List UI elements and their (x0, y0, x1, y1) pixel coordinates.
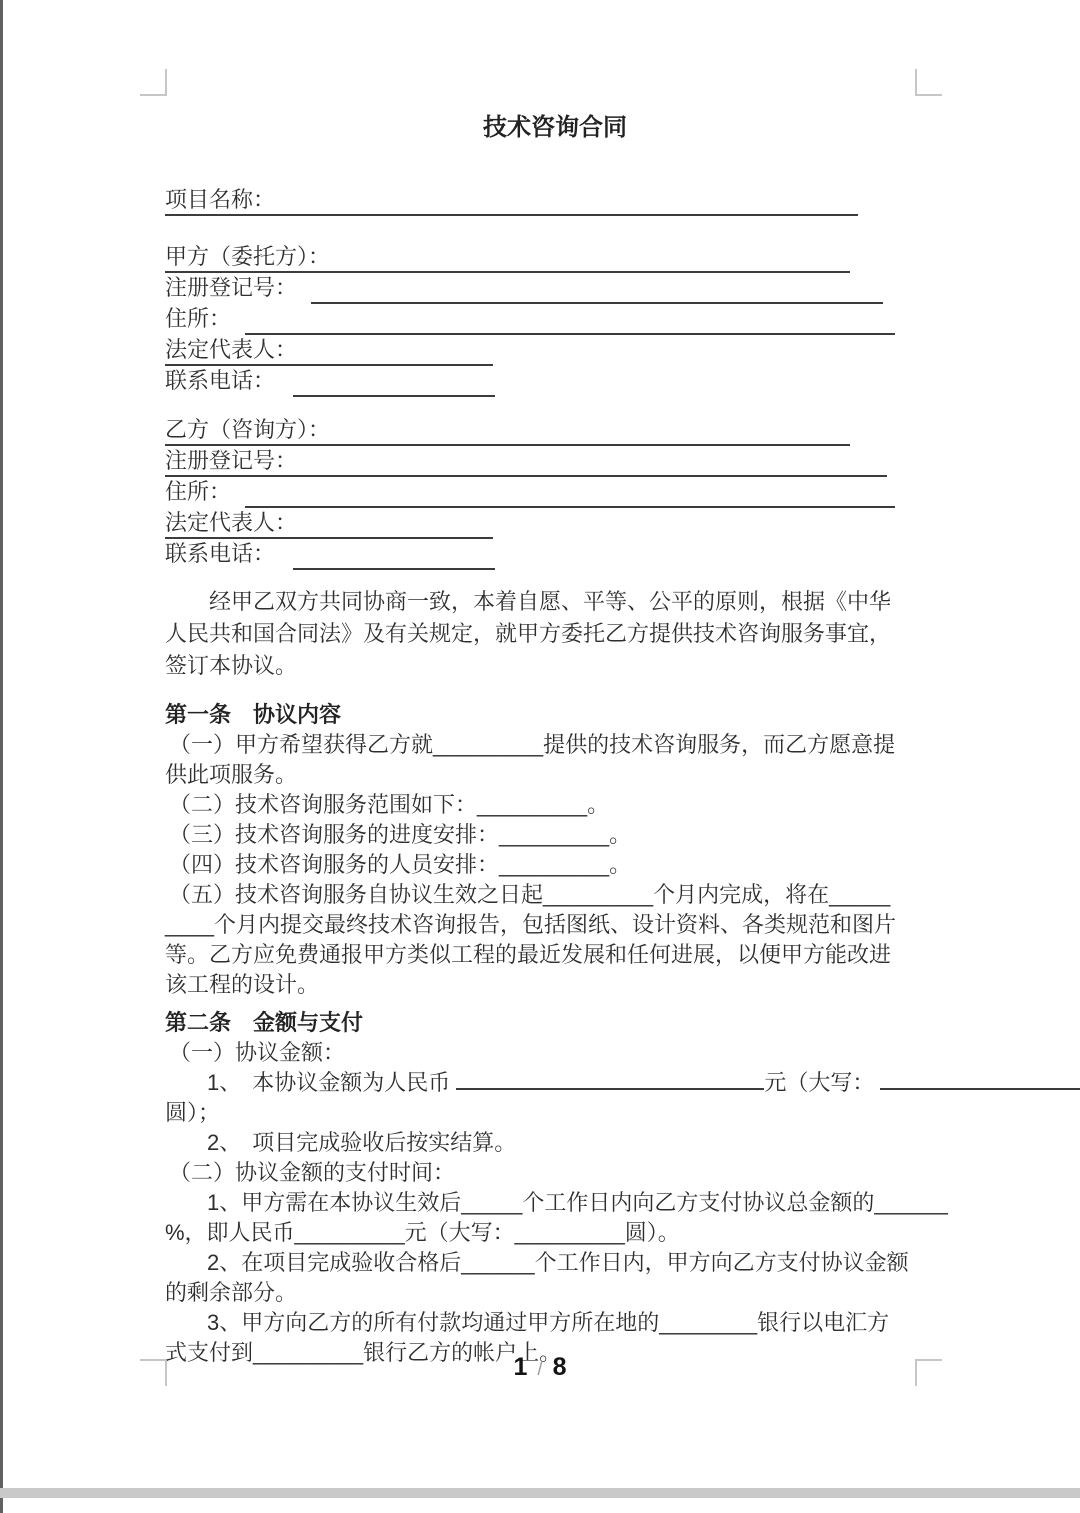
document-viewer-page[interactable]: { "colors": { "text": "#2e2e2e", "underl… (0, 0, 1080, 1513)
blank-underline (297, 336, 493, 366)
field-label: 法定代表人： (165, 336, 297, 366)
text-line: ____个月内提交最终技术咨询报告，包括图纸、设计资料、各类规范和图片 (165, 910, 945, 940)
blank-underline (456, 1072, 764, 1090)
blank-underline (245, 305, 895, 335)
bottom-gray-bar (0, 1488, 1080, 1498)
text-line: 人民共和国合同法》及有关规定，就甲方委托乙方提供技术咨询服务事宜， (165, 618, 945, 650)
text-segment: 元（大写： (764, 1070, 880, 1095)
text-line: 的剩余部分。 (165, 1278, 945, 1308)
corner-mark-top-left-icon (140, 69, 167, 96)
preamble: 经甲乙双方共同协商一致，本着自愿、平等、公平的原则，根据《中华人民共和国合同法》… (165, 586, 945, 682)
field-label: 住所： (165, 478, 231, 508)
blank-underline (245, 478, 895, 508)
corner-mark-top-right-icon (915, 69, 942, 96)
blank-underline (293, 540, 495, 570)
field-label: 乙方（咨询方）： (165, 416, 330, 446)
form-field-row: 注册登记号： (165, 273, 945, 304)
form-field-row: 联系电话： (165, 539, 945, 570)
field-label: 联系电话： (165, 540, 275, 570)
text-line: %，即人民币_________元（大写：_________圆）。 (165, 1218, 945, 1248)
section-heading: 第二条 金额与支付 (165, 1008, 945, 1038)
contract-document: 技术咨询合同项目名称：甲方（委托方）：注册登记号：住所：法定代表人：联系电话：乙… (165, 112, 945, 1368)
total-page-count: 8 (553, 1353, 567, 1381)
field-label: 注册登记号： (165, 447, 297, 477)
screen-left-edge-line (0, 0, 3, 1513)
field-label: 法定代表人： (165, 509, 297, 539)
text-line: （一）协议金额： (165, 1038, 945, 1068)
field-label: 注册登记号： (165, 274, 297, 304)
document-title: 技术咨询合同 (165, 112, 945, 143)
text-line: 经甲乙双方共同协商一致，本着自愿、平等、公平的原则，根据《中华 (165, 586, 945, 618)
text-line: 2、 项目完成验收后按实结算。 (165, 1128, 945, 1158)
text-line: （四）技术咨询服务的人员安排：_________。 (165, 850, 945, 880)
form-field-row: 住所： (165, 304, 945, 335)
text-line: （二）技术咨询服务范围如下：_________。 (165, 790, 945, 820)
text-line: （三）技术咨询服务的进度安排：_________。 (165, 820, 945, 850)
text-line: 2、在项目完成验收合格后______个工作日内，甲方向乙方支付协议金额 (165, 1248, 945, 1278)
current-page-number: 1 (513, 1353, 527, 1381)
form-field-row: 注册登记号： (165, 446, 945, 477)
blank-underline (880, 1072, 1080, 1090)
text-line: （二）协议金额的支付时间： (165, 1158, 945, 1188)
blank-underline (297, 447, 887, 477)
project-name-field: 项目名称： (165, 185, 945, 216)
text-line: 1、甲方需在本协议生效后_____个工作日内向乙方支付协议总金额的______ (165, 1188, 945, 1218)
form-field-row: 住所： (165, 477, 945, 508)
form-field-row: 法定代表人： (165, 508, 945, 539)
document-title-text: 技术咨询合同 (165, 112, 945, 143)
text-line: （五）技术咨询服务自协议生效之日起_________个月内完成，将在_____ (165, 880, 945, 910)
form-field-row: 法定代表人： (165, 335, 945, 366)
field-label: 住所： (165, 305, 231, 335)
text-segment: 1、 本协议金额为人民币 (207, 1070, 456, 1095)
form-field-row: 联系电话： (165, 366, 945, 397)
text-line: （一）甲方希望获得乙方就_________提供的技术咨询服务，而乙方愿意提 (165, 730, 945, 760)
text-line: 1、 本协议金额为人民币 元（大写： (165, 1068, 945, 1098)
field-label: 项目名称： (165, 186, 275, 216)
section-1: 第一条 协议内容（一）甲方希望获得乙方就_________提供的技术咨询服务，而… (165, 700, 945, 1000)
text-line: 该工程的设计。 (165, 970, 945, 1000)
text-line: 等。乙方应免费通报甲方类似工程的最近发展和任何进展，以便甲方能改进 (165, 940, 945, 970)
text-line: 签订本协议。 (165, 650, 945, 682)
section-2: 第二条 金额与支付（一）协议金额：1、 本协议金额为人民币 元（大写： 圆）；2… (165, 1008, 945, 1368)
blank-underline (311, 274, 883, 304)
blank-underline (275, 186, 858, 216)
section-heading: 第一条 协议内容 (165, 700, 945, 730)
field-label: 联系电话： (165, 367, 275, 397)
form-field-row: 甲方（委托方）： (165, 242, 945, 273)
field-label: 甲方（委托方）： (165, 243, 330, 273)
party-b-fields: 乙方（咨询方）：注册登记号：住所：法定代表人：联系电话： (165, 415, 945, 570)
text-line: 供此项服务。 (165, 760, 945, 790)
form-field-row: 乙方（咨询方）： (165, 415, 945, 446)
party-a-fields: 甲方（委托方）：注册登记号：住所：法定代表人：联系电话： (165, 242, 945, 397)
blank-underline (330, 243, 850, 273)
page-separator: / (537, 1359, 542, 1380)
blank-underline (330, 416, 850, 446)
form-field-row: 项目名称： (165, 185, 945, 216)
page-indicator: 1/8 (0, 1352, 1080, 1385)
blank-underline (293, 367, 495, 397)
blank-underline (297, 509, 493, 539)
text-line: 3、甲方向乙方的所有付款均通过甲方所在地的________银行以电汇方 (165, 1308, 945, 1338)
text-line: 圆）； (165, 1098, 945, 1128)
